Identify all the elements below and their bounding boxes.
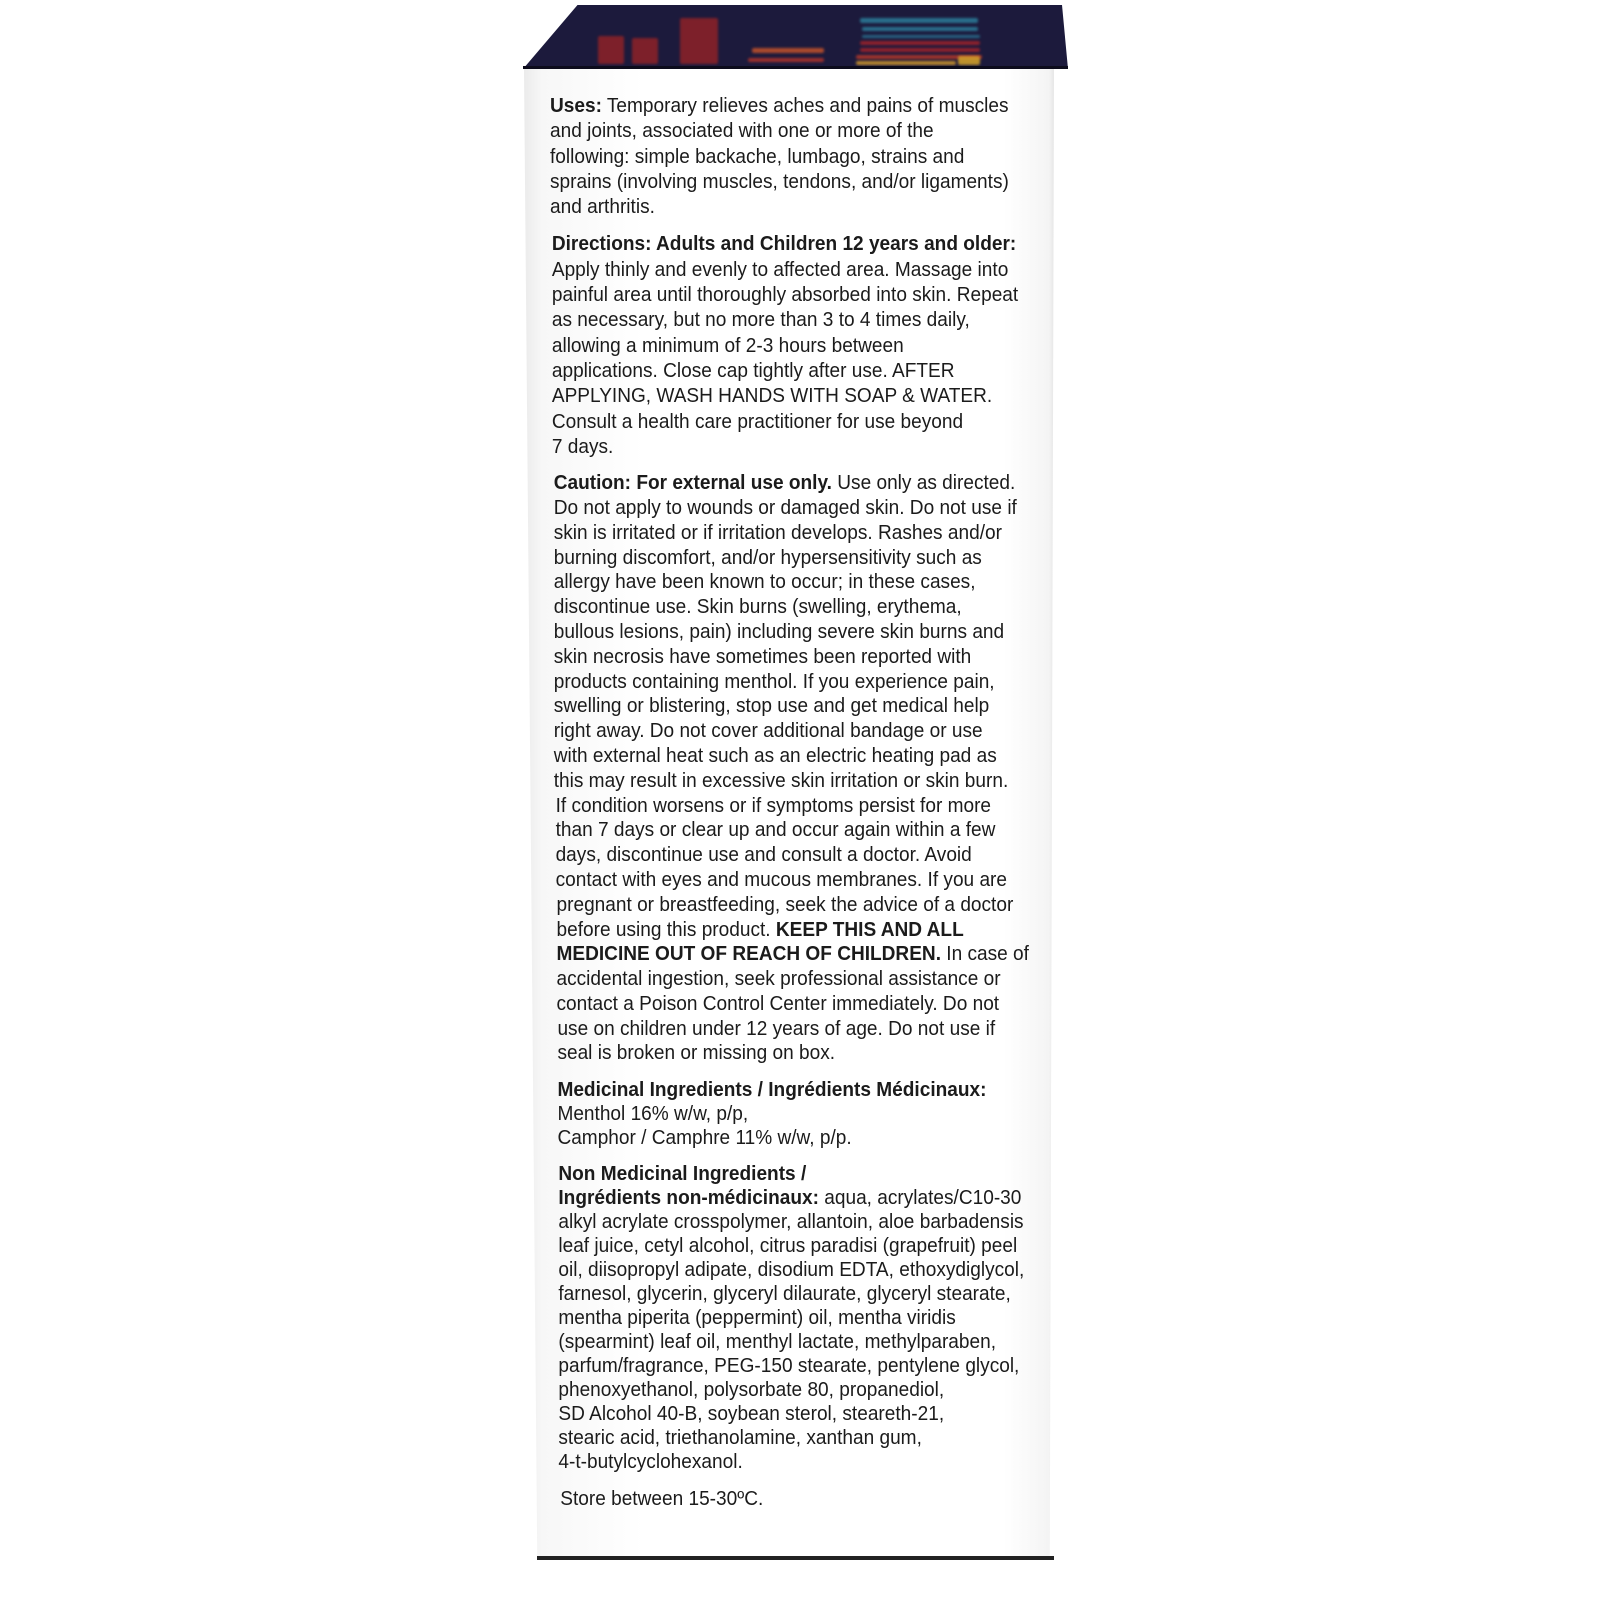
lid-art-bar (860, 48, 980, 52)
keep-out-of-reach-warning: KEEP THIS AND ALL (776, 918, 964, 941)
non-medicinal-ingredients-section: Non Medicinal Ingredients / Ingrédients … (558, 1162, 1029, 1474)
storage-section: Store between 15-30ºC. (560, 1486, 1029, 1511)
directions-line: as necessary, but no more than 3 to 4 ti… (552, 307, 1029, 332)
uses-section: Uses: Temporary relieves aches and pains… (550, 93, 1029, 219)
lid-art-bar (748, 58, 824, 62)
keep-out-of-reach-warning: MEDICINE OUT OF REACH OF CHILDREN. (557, 942, 941, 965)
lid-art-bar (860, 18, 978, 23)
caution-line: this may result in excessive skin irrita… (554, 769, 1029, 794)
directions-line: Consult a health care practitioner for u… (552, 409, 1029, 434)
directions-label: Directions: Adults and Children 12 years… (552, 232, 1016, 255)
lid-art-block (598, 36, 624, 64)
uses-line: sprains (involving muscles, tendons, and… (550, 169, 1029, 194)
caution-line: than 7 days or clear up and occur again … (554, 818, 1029, 843)
lid-edge (523, 66, 1068, 69)
directions-line: allowing a minimum of 2-3 hours between (552, 333, 1029, 358)
lid-art-block (632, 38, 658, 64)
caution-label: Caution: For external use only. (554, 471, 832, 494)
directions-line: APPLYING, WASH HANDS WITH SOAP & WATER. (552, 383, 1029, 408)
caution-line: swelling or blistering, stop use and get… (554, 694, 1029, 719)
directions-line: 7 days. (552, 434, 1029, 459)
ingredient-line: 4-t-butylcyclohexanol. (558, 1450, 1029, 1474)
caution-line: accidental ingestion, seek professional … (554, 967, 1029, 992)
directions-section: Directions: Adults and Children 12 years… (552, 231, 1029, 459)
caution-line: days, discontinue use and consult a doct… (554, 843, 1029, 868)
directions-line: painful area until thoroughly absorbed i… (552, 282, 1029, 307)
ingredient-line: alkyl acrylate crosspolymer, allantoin, … (558, 1210, 1029, 1234)
uses-label: Uses: (550, 94, 602, 117)
uses-line: and joints, associated with one or more … (550, 118, 1029, 143)
uses-line: Temporary relieves aches and pains of mu… (602, 94, 1009, 117)
caution-line: If condition worsens or if symptoms pers… (554, 794, 1029, 819)
ingredient-line: aqua, acrylates/C10-30 (819, 1186, 1021, 1209)
medicinal-ingredient: Menthol 16% w/w, p/p, (557, 1102, 1029, 1126)
caution-line: discontinue use. Skin burns (swelling, e… (554, 595, 1029, 620)
lid-art-bar (752, 48, 824, 53)
caution-line: before using this product. (557, 918, 776, 941)
lid-art-bar (860, 41, 980, 45)
caution-line: products containing menthol. If you expe… (554, 670, 1029, 695)
caution-line: Do not apply to wounds or damaged skin. … (554, 496, 1029, 521)
non-medicinal-ingredients-label: Non Medicinal Ingredients / (558, 1162, 806, 1185)
medicinal-ingredient: Camphor / Camphre 11% w/w, p/p. (557, 1126, 1029, 1150)
caution-line: use on children under 12 years of age. D… (554, 1017, 1029, 1042)
ingredient-line: stearic acid, triethanolamine, xanthan g… (558, 1426, 1029, 1450)
lid-art-block (958, 56, 980, 65)
caution-line: In case of (941, 942, 1029, 965)
ingredient-line: phenoxyethanol, polysorbate 80, propaned… (558, 1378, 1029, 1402)
storage-instructions: Store between 15-30ºC. (560, 1486, 1029, 1511)
uses-line: and arthritis. (550, 194, 1029, 219)
caution-line: bullous lesions, pain) including severe … (554, 620, 1029, 645)
ingredient-line: farnesol, glycerin, glyceryl dilaurate, … (558, 1282, 1029, 1306)
caution-section: Caution: For external use only. Use only… (554, 471, 1029, 1066)
ingredient-line: oil, diisopropyl adipate, disodium EDTA,… (558, 1258, 1029, 1282)
ingredient-line: parfum/fragrance, PEG-150 stearate, pent… (558, 1354, 1029, 1378)
box-bottom-edge (537, 1556, 1054, 1560)
caution-line: seal is broken or missing on box. (554, 1041, 1029, 1066)
uses-line: following: simple backache, lumbago, str… (550, 144, 1029, 169)
caution-line: right away. Do not cover additional band… (554, 719, 1029, 744)
directions-line: Apply thinly and evenly to affected area… (552, 257, 1029, 282)
non-medicinal-ingredients-label: Ingrédients non-médicinaux: (558, 1186, 819, 1209)
lid-art-bar (856, 61, 956, 65)
medicinal-ingredients-label: Medicinal Ingredients / Ingrédients Médi… (557, 1078, 986, 1101)
ingredient-line: SD Alcohol 40-B, soybean sterol, stearet… (558, 1402, 1029, 1426)
caution-line: allergy have been known to occur; in the… (554, 570, 1029, 595)
caution-line: contact with eyes and mucous membranes. … (554, 868, 1029, 893)
label-text: Uses: Temporary relieves aches and pains… (550, 93, 1029, 1524)
lid-art-bar (862, 27, 978, 31)
caution-line: pregnant or breastfeeding, seek the advi… (554, 893, 1029, 918)
caution-line: burning discomfort, and/or hypersensitiv… (554, 546, 1029, 571)
lid-art-bar (862, 35, 980, 38)
directions-line: applications. Close cap tightly after us… (552, 358, 1029, 383)
ingredient-line: leaf juice, cetyl alcohol, citrus paradi… (558, 1234, 1029, 1258)
medicinal-ingredients-section: Medicinal Ingredients / Ingrédients Médi… (557, 1078, 1029, 1150)
caution-line: Use only as directed. (832, 471, 1015, 494)
caution-line: with external heat such as an electric h… (554, 744, 1029, 769)
lid-art-block (680, 18, 718, 64)
caution-line: skin necrosis have sometimes been report… (554, 645, 1029, 670)
ingredient-line: mentha piperita (peppermint) oil, mentha… (558, 1306, 1029, 1330)
ingredient-line: (spearmint) leaf oil, menthyl lactate, m… (558, 1330, 1029, 1354)
caution-line: contact a Poison Control Center immediat… (554, 992, 1029, 1017)
caution-line: skin is irritated or if irritation devel… (554, 521, 1029, 546)
